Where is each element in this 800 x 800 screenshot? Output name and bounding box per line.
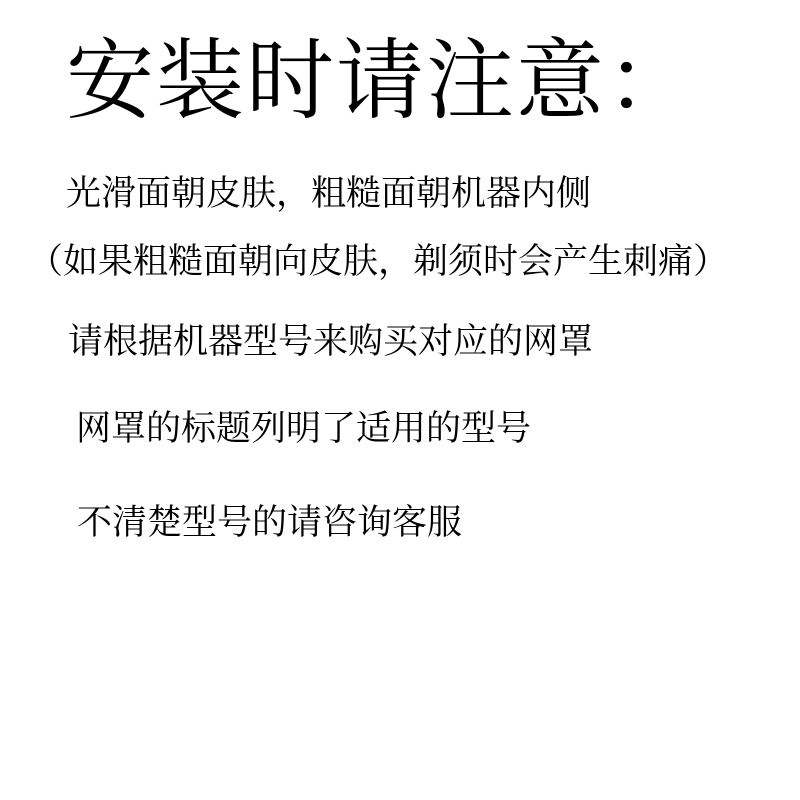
instruction-title-models: 网罩的标题列明了适用的型号 <box>76 412 531 447</box>
instruction-orientation: 光滑面朝皮肤，粗糙面朝机器内侧 <box>66 177 591 212</box>
instruction-warning: （如果粗糙面朝向皮肤，剃须时会产生刺痛） <box>28 245 728 280</box>
page-title: 安装时请注意： <box>66 37 696 125</box>
instruction-model-purchase: 请根据机器型号来购买对应的网罩 <box>68 325 593 360</box>
instruction-contact-service: 不清楚型号的请咨询客服 <box>77 506 462 541</box>
